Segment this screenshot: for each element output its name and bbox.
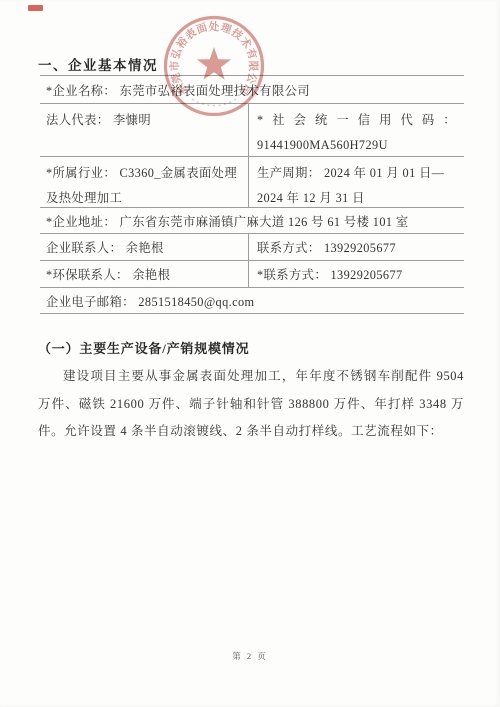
credit-code-value: 91441900MA560H729U — [257, 133, 460, 158]
credit-code-label: * 社 会 统 一 信 用 代 码 ： — [257, 108, 460, 133]
field-credit-code: * 社 会 统 一 信 用 代 码 ： 91441900MA560H729U — [248, 104, 464, 156]
svg-text:限: 限 — [247, 61, 260, 72]
svg-text:表: 表 — [183, 25, 200, 42]
svg-text:处: 处 — [209, 20, 220, 33]
field-production-period: 生产周期： 2024 年 01 月 01 日—2024 年 12 月 31 日 — [248, 157, 464, 207]
page-number: 第 2 页 — [0, 650, 500, 662]
svg-text:面: 面 — [195, 20, 209, 36]
svg-text:有: 有 — [244, 47, 260, 61]
field-email: 企业电子邮箱： 2851518450@qq.com — [40, 288, 464, 313]
section2-title: （一）主要生产设备/产销规模情况 — [38, 338, 249, 357]
field-legal-rep: 法人代表： 李慷明 — [40, 104, 248, 156]
svg-text:技: 技 — [228, 25, 245, 43]
table-row-legal-rep: 法人代表： 李慷明 * 社 会 统 一 信 用 代 码 ： 91441900MA… — [40, 103, 464, 156]
table-row-address: *企业地址： 广东省东莞市麻涌镇广麻大道 126 号 61 号楼 101 室 — [40, 207, 464, 233]
table-row-env-contact: *环保联系人： 余艳根 *联系方式： 13929205677 — [40, 260, 464, 287]
table-row-industry: *所属行业： C3360_金属表面处理及热处理加工 生产周期： 2024 年 0… — [40, 156, 464, 207]
svg-text:术: 术 — [237, 34, 255, 51]
field-contact-phone: 联系方式： 13929205677 — [248, 234, 464, 260]
field-env-phone: *联系方式： 13929205677 — [248, 261, 464, 287]
section1-title: 一、企业基本情况 — [38, 54, 158, 74]
svg-text:理: 理 — [219, 21, 233, 37]
field-industry: *所属行业： C3360_金属表面处理及热处理加工 — [40, 157, 248, 207]
table-row-email: 企业电子邮箱： 2851518450@qq.com — [40, 287, 464, 313]
svg-text:市: 市 — [168, 60, 181, 71]
field-address: *企业地址： 广东省东莞市麻涌镇广麻大道 126 号 61 号楼 101 室 — [40, 208, 464, 233]
red-scan-artifact — [28, 5, 43, 11]
production-paragraph: 建设项目主要从事金属表面处理加工，年年度不锈钢车削配件 9504 万件、磁铁 2… — [38, 363, 464, 446]
field-company-name: *企业名称： 东莞市弘裕表面处理技术有限公司 — [40, 76, 464, 103]
field-env-contact: *环保联系人： 余艳根 — [40, 261, 248, 287]
company-info-table: *企业名称： 东莞市弘裕表面处理技术有限公司 法人代表： 李慷明 * 社 会 统… — [40, 75, 464, 314]
svg-text:裕: 裕 — [173, 34, 191, 51]
document-page: 一、企业基本情况 *企业名称： 东莞市弘裕表面处理技术有限公司 法人代表： 李慷… — [0, 0, 500, 707]
field-contact: 企业联系人： 余艳根 — [40, 234, 248, 260]
svg-text:弘: 弘 — [169, 46, 185, 60]
table-row-company-name: *企业名称： 东莞市弘裕表面处理技术有限公司 — [40, 75, 464, 103]
table-row-contact: 企业联系人： 余艳根 联系方式： 13929205677 — [40, 233, 464, 260]
